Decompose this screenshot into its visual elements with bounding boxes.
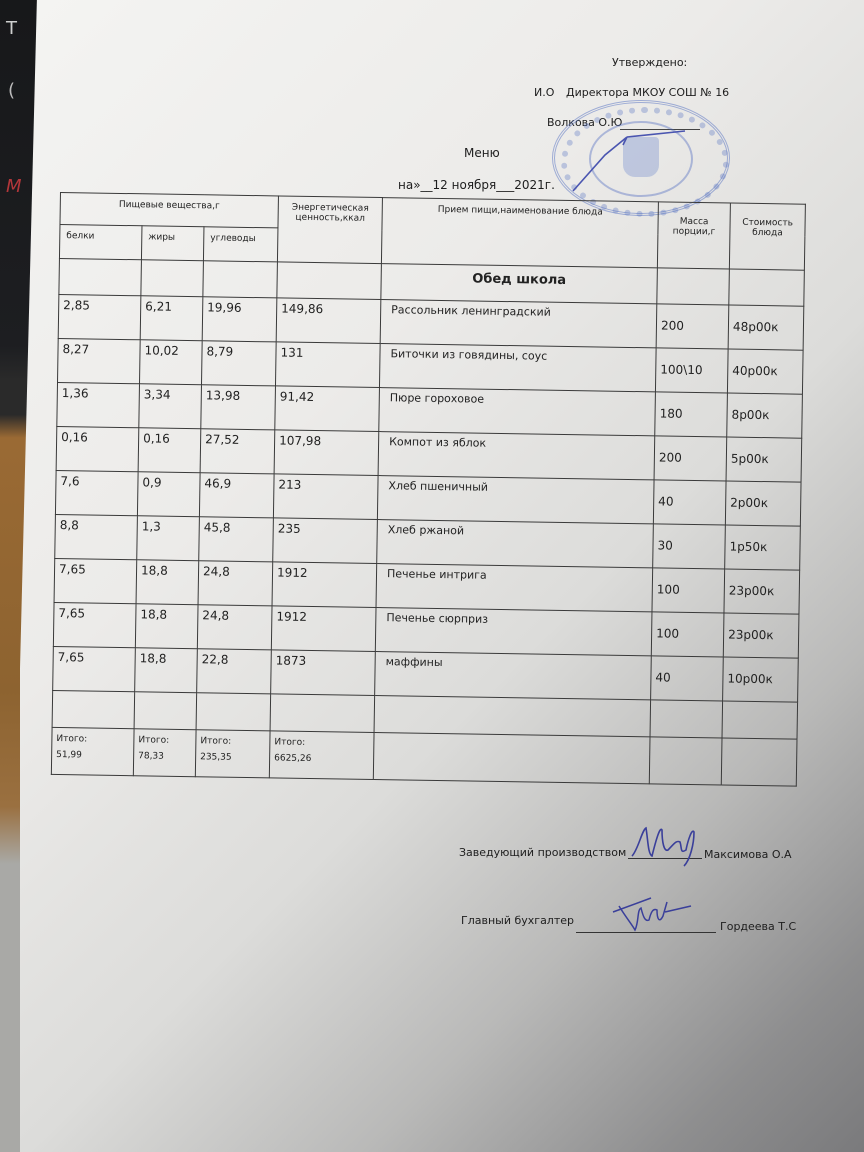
fats-header: жиры	[141, 226, 204, 261]
cell-price: 8р00к	[727, 393, 803, 438]
nutrients-header: Пищевые вещества,г	[60, 193, 279, 228]
cell-proteins: 2,85	[58, 294, 141, 339]
cell-fats: 6,21	[140, 296, 203, 341]
production-head-name: Максимова О.А	[704, 848, 792, 861]
cell-energy: 213	[273, 474, 378, 520]
total-energy: Итого:6625,26	[269, 731, 374, 780]
cell-dish: Биточки из говядины, соус	[379, 344, 656, 392]
cell-energy: 1912	[271, 606, 376, 652]
section-title: Обед школа	[381, 264, 658, 304]
cell-energy: 131	[276, 342, 381, 388]
accountant-name: Гордеева Т.С	[720, 920, 796, 933]
cell-carbs: 19,96	[202, 297, 277, 342]
cell-proteins: 7,65	[54, 558, 137, 603]
menu-table-wrap: Пищевые вещества,г Энергетическая ценнос…	[51, 192, 808, 784]
cell-proteins: 0,16	[56, 426, 139, 471]
director-prefix: И.О	[534, 86, 554, 99]
cell-dish: Печенье сюрприз	[375, 608, 652, 656]
total-carbs: Итого:235,35	[195, 730, 270, 778]
cell-fats: 10,02	[139, 340, 202, 385]
cell-fats: 18,8	[136, 560, 199, 605]
cell-energy: 1912	[272, 562, 377, 608]
cell-energy: 107,98	[274, 430, 379, 476]
cell-fats: 1,3	[137, 516, 200, 561]
cell-dish: Хлеб пшеничный	[377, 476, 654, 524]
cell-fats: 0,16	[138, 428, 201, 473]
cell-price: 5р00к	[726, 437, 802, 482]
cell-mass: 40	[653, 480, 726, 525]
cell-carbs: 24,8	[197, 605, 272, 650]
cell-energy: 149,86	[276, 298, 381, 344]
director-role: Директора МКОУ СОШ № 16	[566, 86, 729, 99]
cell-price: 10р00к	[723, 657, 799, 702]
cell-price: 40р00к	[727, 349, 803, 394]
price-header: Стоимость блюда	[729, 203, 805, 270]
production-head-label: Заведующий производством	[459, 846, 626, 859]
cell-carbs: 13,98	[201, 385, 276, 430]
cell-mass: 100	[652, 568, 725, 613]
cell-carbs: 46,9	[199, 473, 274, 518]
cell-mass: 100	[651, 612, 724, 657]
cell-carbs: 8,79	[201, 341, 276, 386]
cell-energy: 1873	[271, 650, 376, 696]
cell-dish: Компот из яблок	[378, 432, 655, 480]
carbs-header: углеводы	[203, 227, 278, 262]
cell-energy: 235	[273, 518, 378, 564]
cell-proteins: 7,6	[55, 470, 138, 515]
page-title: Меню	[464, 146, 500, 160]
cell-proteins: 8,8	[55, 514, 138, 559]
cell-dish: Хлеб ржаной	[377, 520, 654, 568]
cell-mass: 180	[655, 392, 728, 437]
cell-mass: 40	[651, 656, 724, 701]
mass-header: Масса порции,г	[657, 202, 730, 269]
cell-fats: 0,9	[137, 472, 200, 517]
cell-mass: 200	[654, 436, 727, 481]
cell-proteins: 7,65	[53, 602, 136, 647]
cell-fats: 3,34	[139, 384, 202, 429]
cell-proteins: 1,36	[57, 382, 140, 427]
cell-price: 48р00к	[728, 305, 804, 350]
cell-proteins: 7,65	[53, 646, 136, 691]
cell-mass: 30	[653, 524, 726, 569]
menu-document: Утверждено: И.О Директора МКОУ СОШ № 16 …	[0, 0, 864, 1152]
cell-price: 2р00к	[725, 481, 801, 526]
menu-table: Пищевые вещества,г Энергетическая ценнос…	[51, 192, 806, 787]
cell-fats: 18,8	[135, 604, 198, 649]
accountant-signature-icon	[605, 896, 695, 936]
cell-price: 23р00к	[724, 569, 800, 614]
cell-dish: Пюре гороховое	[379, 388, 656, 436]
dish-header: Прием пищи,наименование блюда	[381, 198, 658, 268]
cell-carbs: 45,8	[199, 517, 274, 562]
accountant-label: Главный бухгалтер	[461, 914, 574, 927]
cell-dish: маффины	[375, 652, 652, 700]
cell-proteins: 8,27	[58, 338, 141, 383]
cell-dish: Рассольник ленинградский	[380, 300, 657, 348]
cell-price: 23р00к	[723, 613, 799, 658]
cell-carbs: 24,8	[198, 561, 273, 606]
cell-dish: Печенье интрига	[376, 564, 653, 612]
proteins-header: белки	[59, 225, 142, 260]
cell-energy: 91,42	[275, 386, 380, 432]
cell-carbs: 22,8	[197, 649, 272, 694]
production-signature-icon	[628, 820, 708, 870]
cell-mass: 100\10	[655, 348, 728, 393]
cell-fats: 18,8	[135, 648, 198, 693]
energy-header: Энергетическая ценность,ккал	[277, 196, 382, 264]
menu-date: на»__12 ноября___2021г.	[398, 178, 555, 192]
total-fats: Итого:78,33	[133, 729, 196, 777]
cell-mass: 200	[656, 304, 729, 349]
director-signature-icon	[565, 115, 695, 195]
approved-label: Утверждено:	[612, 56, 687, 69]
cell-carbs: 27,52	[200, 429, 275, 474]
cell-price: 1р50к	[725, 525, 801, 570]
total-proteins: Итого:51,99	[51, 727, 134, 775]
